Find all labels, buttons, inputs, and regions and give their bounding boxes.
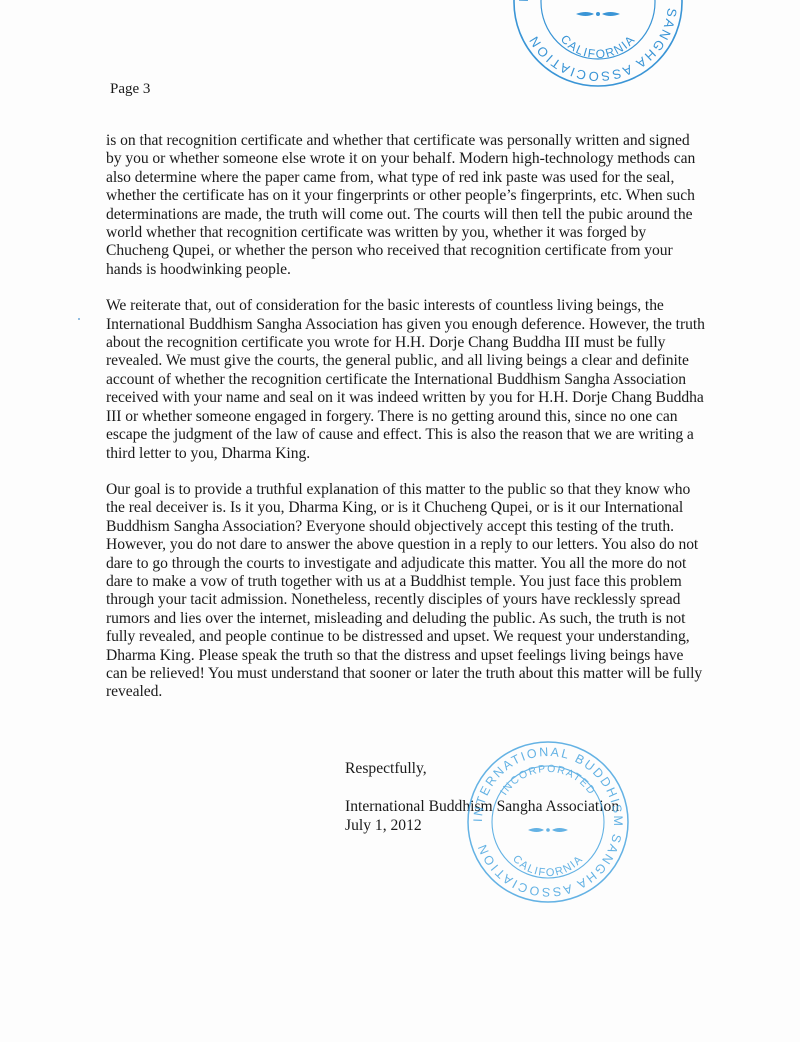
valediction: Respectfully, xyxy=(345,760,619,778)
seal-ornament-icon xyxy=(576,12,620,16)
letter-body: is on that recognition certificate and w… xyxy=(106,132,706,720)
seal-inner-text: CALIFORNIA xyxy=(558,32,638,61)
letter-date: July 1, 2012 xyxy=(345,817,619,835)
signatory: International Buddhism Sangha Associatio… xyxy=(345,798,619,816)
paragraph-2: We reiterate that, out of consideration … xyxy=(106,297,706,463)
letter-closing: Respectfully, International Buddhism San… xyxy=(345,760,619,835)
association-seal-top: INTERNATIONAL BUDDHISM SANGHA ASSOCIATIO… xyxy=(510,0,686,90)
paragraph-1: is on that recognition certificate and w… xyxy=(106,132,706,279)
scanned-letter-page: INTERNATIONAL BUDDHISM SANGHA ASSOCIATIO… xyxy=(0,0,800,1042)
svg-text:CALIFORNIA: CALIFORNIA xyxy=(510,853,586,879)
paragraph-3: Our goal is to provide a truthful explan… xyxy=(106,481,706,702)
svg-text:CALIFORNIA: CALIFORNIA xyxy=(558,32,638,61)
seal-outer-ring xyxy=(514,0,682,86)
seal-inner-ring xyxy=(541,0,655,59)
page-number: Page 3 xyxy=(110,80,150,98)
scan-speck xyxy=(78,318,80,320)
seal-inner-text: CALIFORNIA xyxy=(510,853,586,879)
svg-text:INTERNATIONAL BUDDHISM SANGHA: INTERNATIONAL BUDDHISM SANGHA ASSOCIATIO… xyxy=(516,0,680,84)
seal-outer-text: INTERNATIONAL BUDDHISM SANGHA ASSOCIATIO… xyxy=(516,0,680,84)
